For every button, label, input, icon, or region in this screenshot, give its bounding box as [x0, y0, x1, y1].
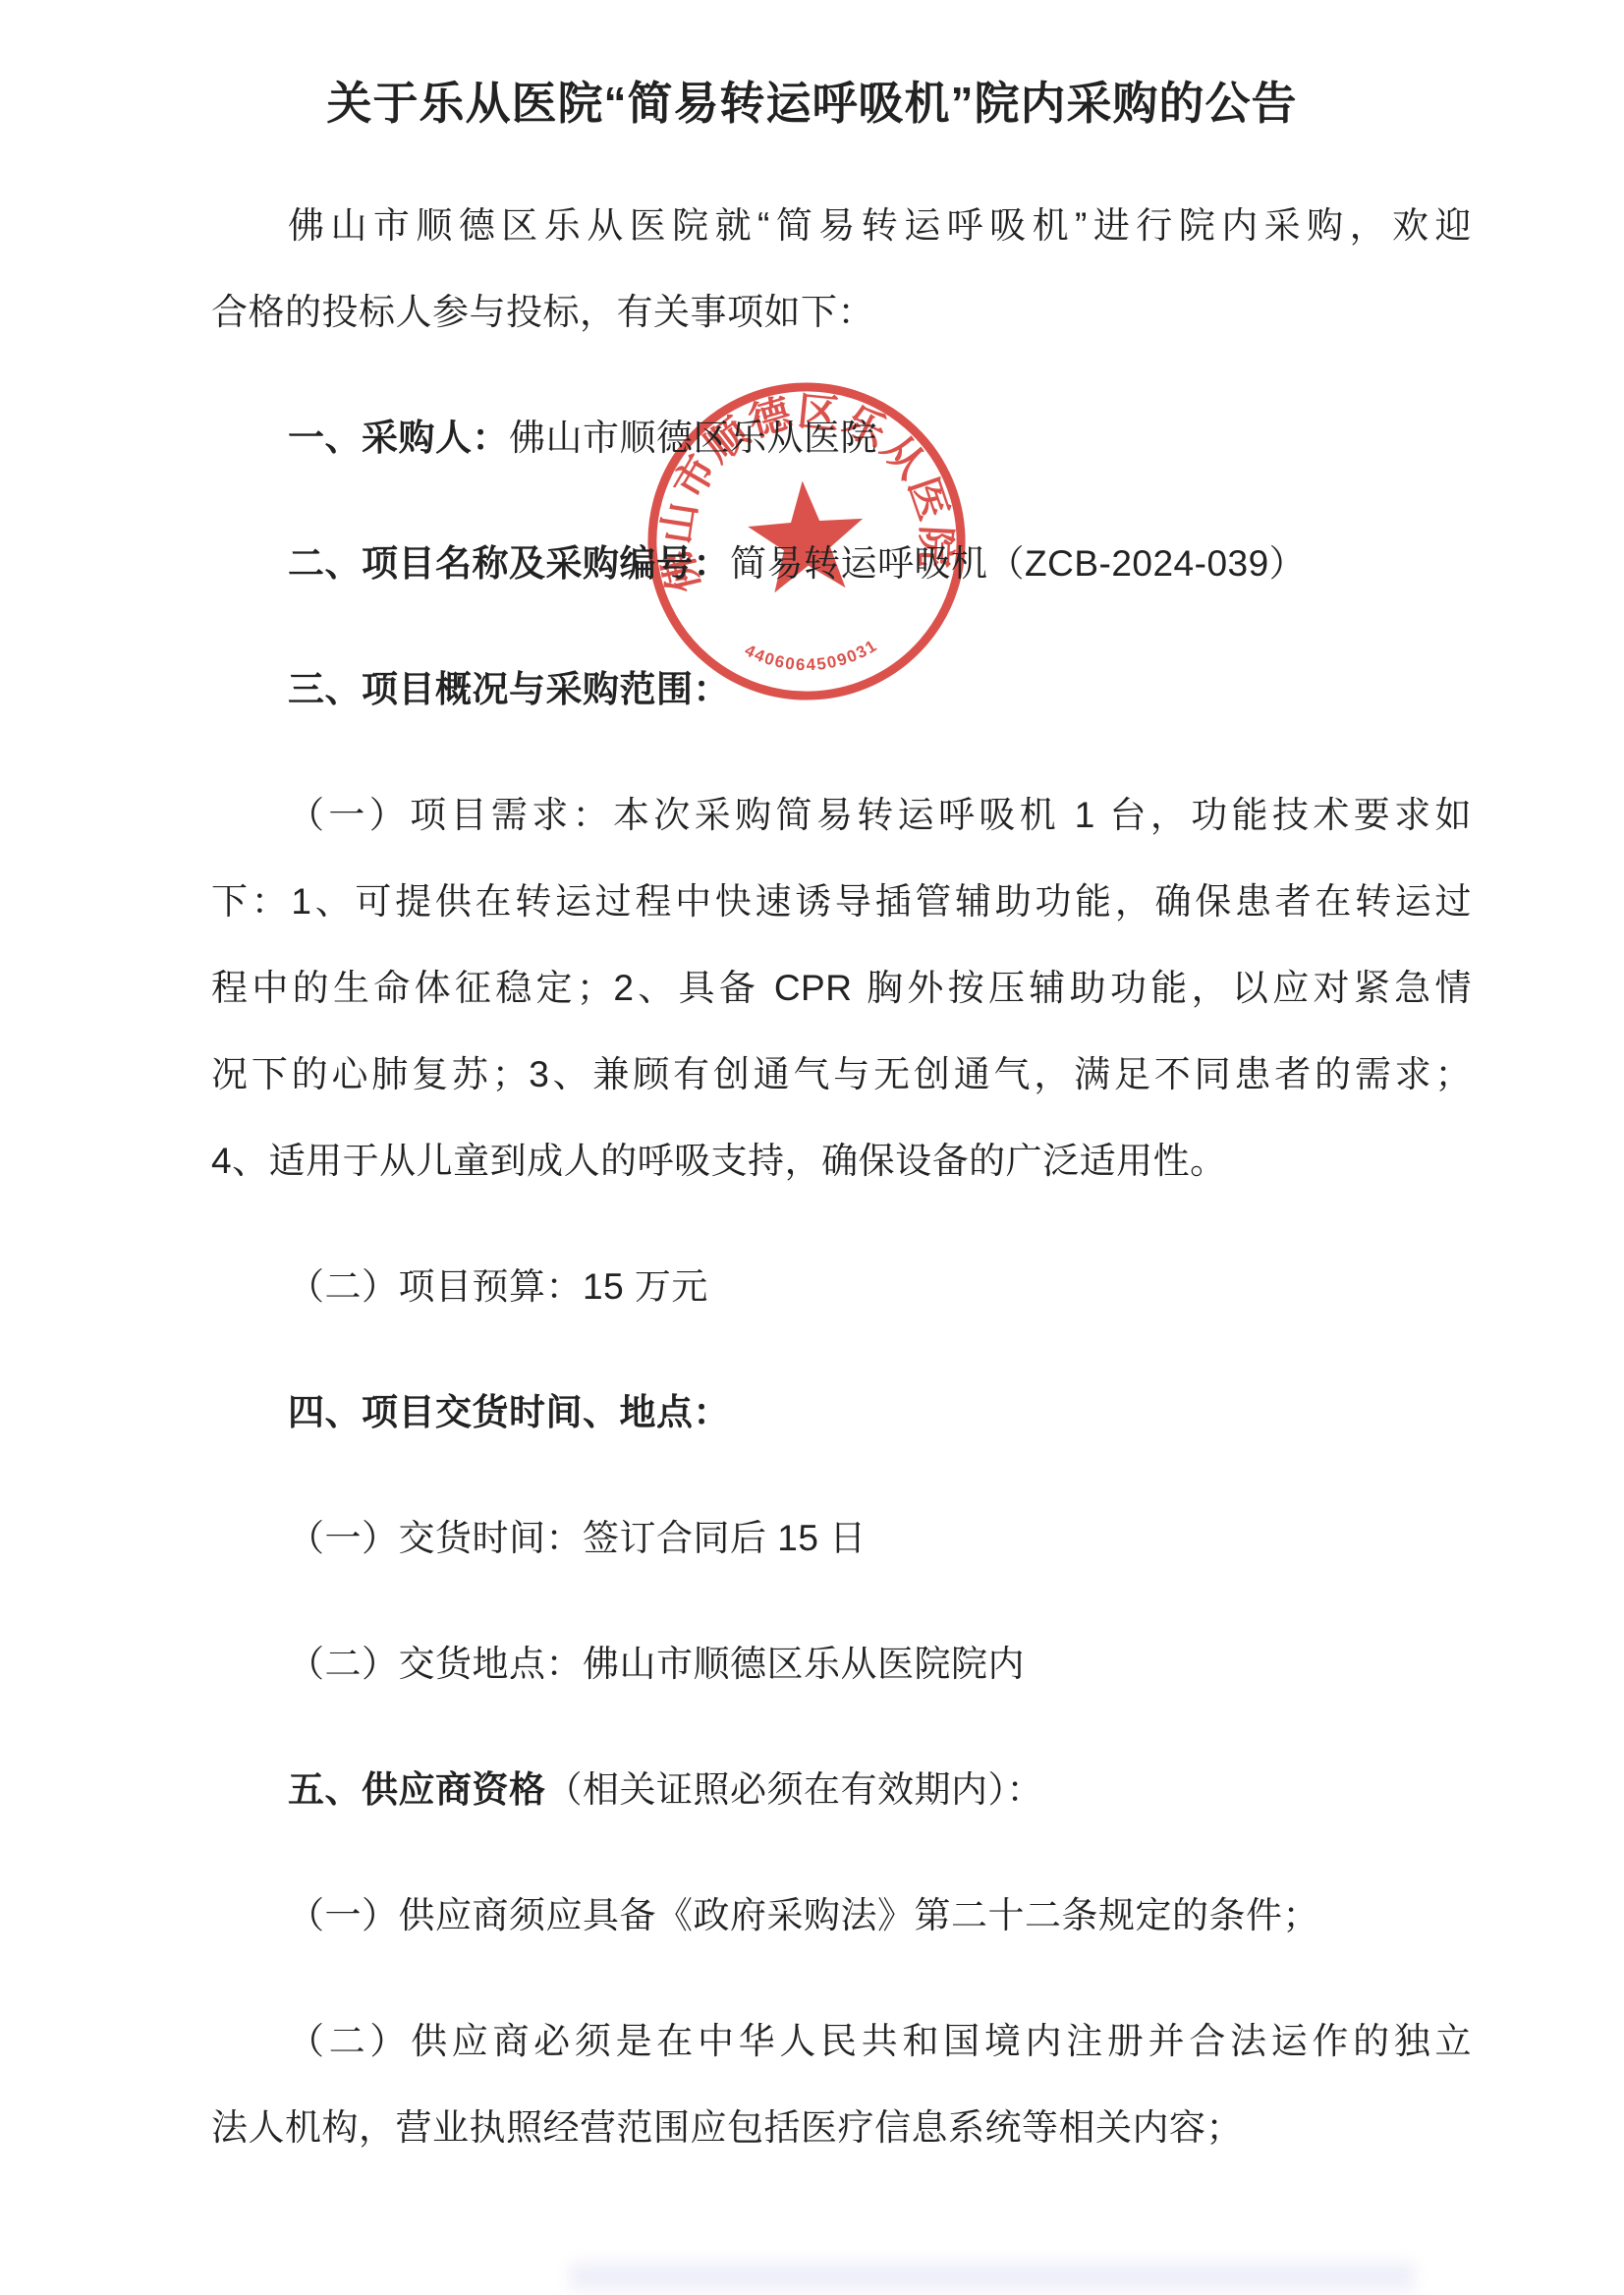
qualification-item-2-line-2: 法人机构，营业执照经营范围应包括医疗信息系统等相关内容； [211, 2085, 1472, 2171]
section-purchaser-value: 佛山市顺德区乐从医院 [509, 418, 877, 458]
section-qualification-heading: 五、供应商资格（相关证照必须在有效期内）： [211, 1747, 1472, 1833]
delivery-time-line: （一）交货时间：签订合同后 15 日 [211, 1495, 1472, 1582]
requirements-line-3: 程中的生命体征稳定；2、具备 CPR 胸外按压辅助功能，以应对紧急情 [211, 945, 1472, 1032]
delivery-place-line: （二）交货地点：佛山市顺德区乐从医院院内 [211, 1621, 1472, 1707]
intro-line-1: 佛山市顺德区乐从医院就“简易转运呼吸机”进行院内采购，欢迎 [211, 183, 1472, 269]
section-delivery-heading: 四、项目交货时间、地点： [211, 1370, 1472, 1456]
budget-line: （二）项目预算：15 万元 [211, 1244, 1472, 1330]
section-purchaser-label: 一、采购人： [288, 418, 509, 458]
intro-line-2: 合格的投标人参与投标，有关事项如下： [211, 269, 1472, 356]
section-project-name-label: 二、项目名称及采购编号： [288, 543, 730, 584]
requirements-line-5: 4、适用于从儿童到成人的呼吸支持，确保设备的广泛适用性。 [211, 1118, 1472, 1204]
qualification-item-2-line-1: （二）供应商必须是在中华人民共和国境内注册并合法运作的独立 [211, 1998, 1472, 2085]
requirements-line-4: 况下的心肺复苏；3、兼顾有创通气与无创通气，满足不同患者的需求； [211, 1032, 1472, 1118]
section-qualification-note: （相关证照必须在有效期内）： [546, 1769, 1044, 1810]
document-title: 关于乐从医院“简易转运呼吸机”院内采购的公告 [0, 63, 1624, 143]
next-page-bleed [570, 2262, 1415, 2291]
requirements-line-1: （一）项目需求：本次采购简易转运呼吸机 1 台，功能技术要求如 [211, 772, 1472, 859]
section-qualification-label: 五、供应商资格 [288, 1769, 546, 1810]
section-project-name-value: 简易转运呼吸机（ZCB-2024-039） [730, 543, 1306, 584]
section-project-name: 二、项目名称及采购编号：简易转运呼吸机（ZCB-2024-039） [211, 521, 1472, 607]
document-content: 关于乐从医院“简易转运呼吸机”院内采购的公告 佛山市顺德区乐从医院就“简易转运呼… [0, 0, 1624, 2171]
document-page: 佛山市顺德区乐从医院 4406064509031 关于乐从医院“简易转运呼吸机”… [0, 0, 1624, 2295]
qualification-item-1: （一）供应商须应具备《政府采购法》第二十二条规定的条件； [211, 1873, 1472, 1959]
requirements-line-2: 下：1、可提供在转运过程中快速诱导插管辅助功能，确保患者在转运过 [211, 859, 1472, 945]
section-scope-heading: 三、项目概况与采购范围： [211, 646, 1472, 733]
section-purchaser: 一、采购人：佛山市顺德区乐从医院 [211, 395, 1472, 481]
